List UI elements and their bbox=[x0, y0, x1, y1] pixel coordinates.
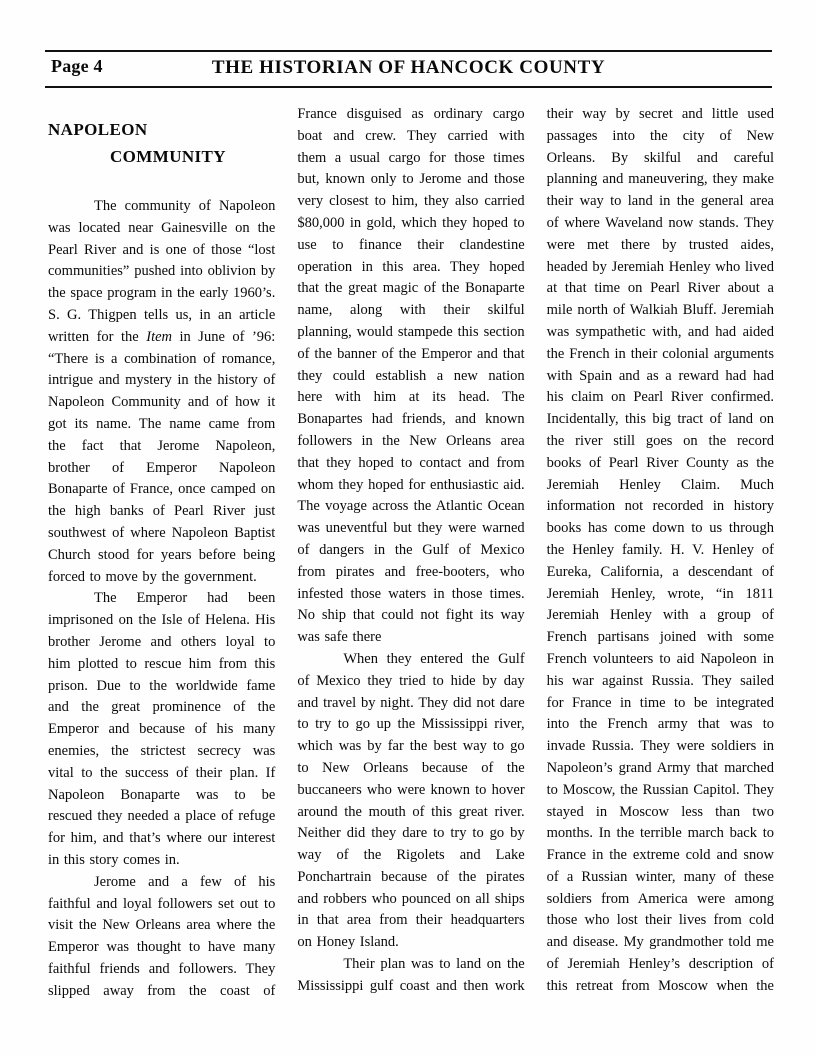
newspaper-title: THE HISTORIAN OF HANCOCK COUNTY bbox=[45, 57, 772, 79]
article-heading-line2: COMMUNITY bbox=[48, 143, 275, 170]
article-heading: NAPOLEON COMMUNITY bbox=[48, 116, 275, 170]
page-header: Page 4 THE HISTORIAN OF HANCOCK COUNTY bbox=[45, 50, 772, 88]
paragraph-1-text-after: in June of ’96: “There is a combination … bbox=[48, 329, 275, 585]
paragraph-1: The community of Napoleon was located ne… bbox=[48, 196, 275, 588]
paragraph-4: When they entered the Gulf of Mexico the… bbox=[297, 649, 524, 954]
paragraph-1-italic-word: Item bbox=[146, 329, 172, 345]
article-heading-line1: NAPOLEON bbox=[48, 116, 275, 143]
paragraph-1-text-before: The community of Napoleon was located ne… bbox=[48, 198, 275, 345]
article-body: NAPOLEON COMMUNITY The community of Napo… bbox=[48, 104, 774, 1019]
paragraph-2: The Emperor had been imprisoned on the I… bbox=[48, 588, 275, 871]
newspaper-page: Page 4 THE HISTORIAN OF HANCOCK COUNTY N… bbox=[0, 0, 816, 1056]
